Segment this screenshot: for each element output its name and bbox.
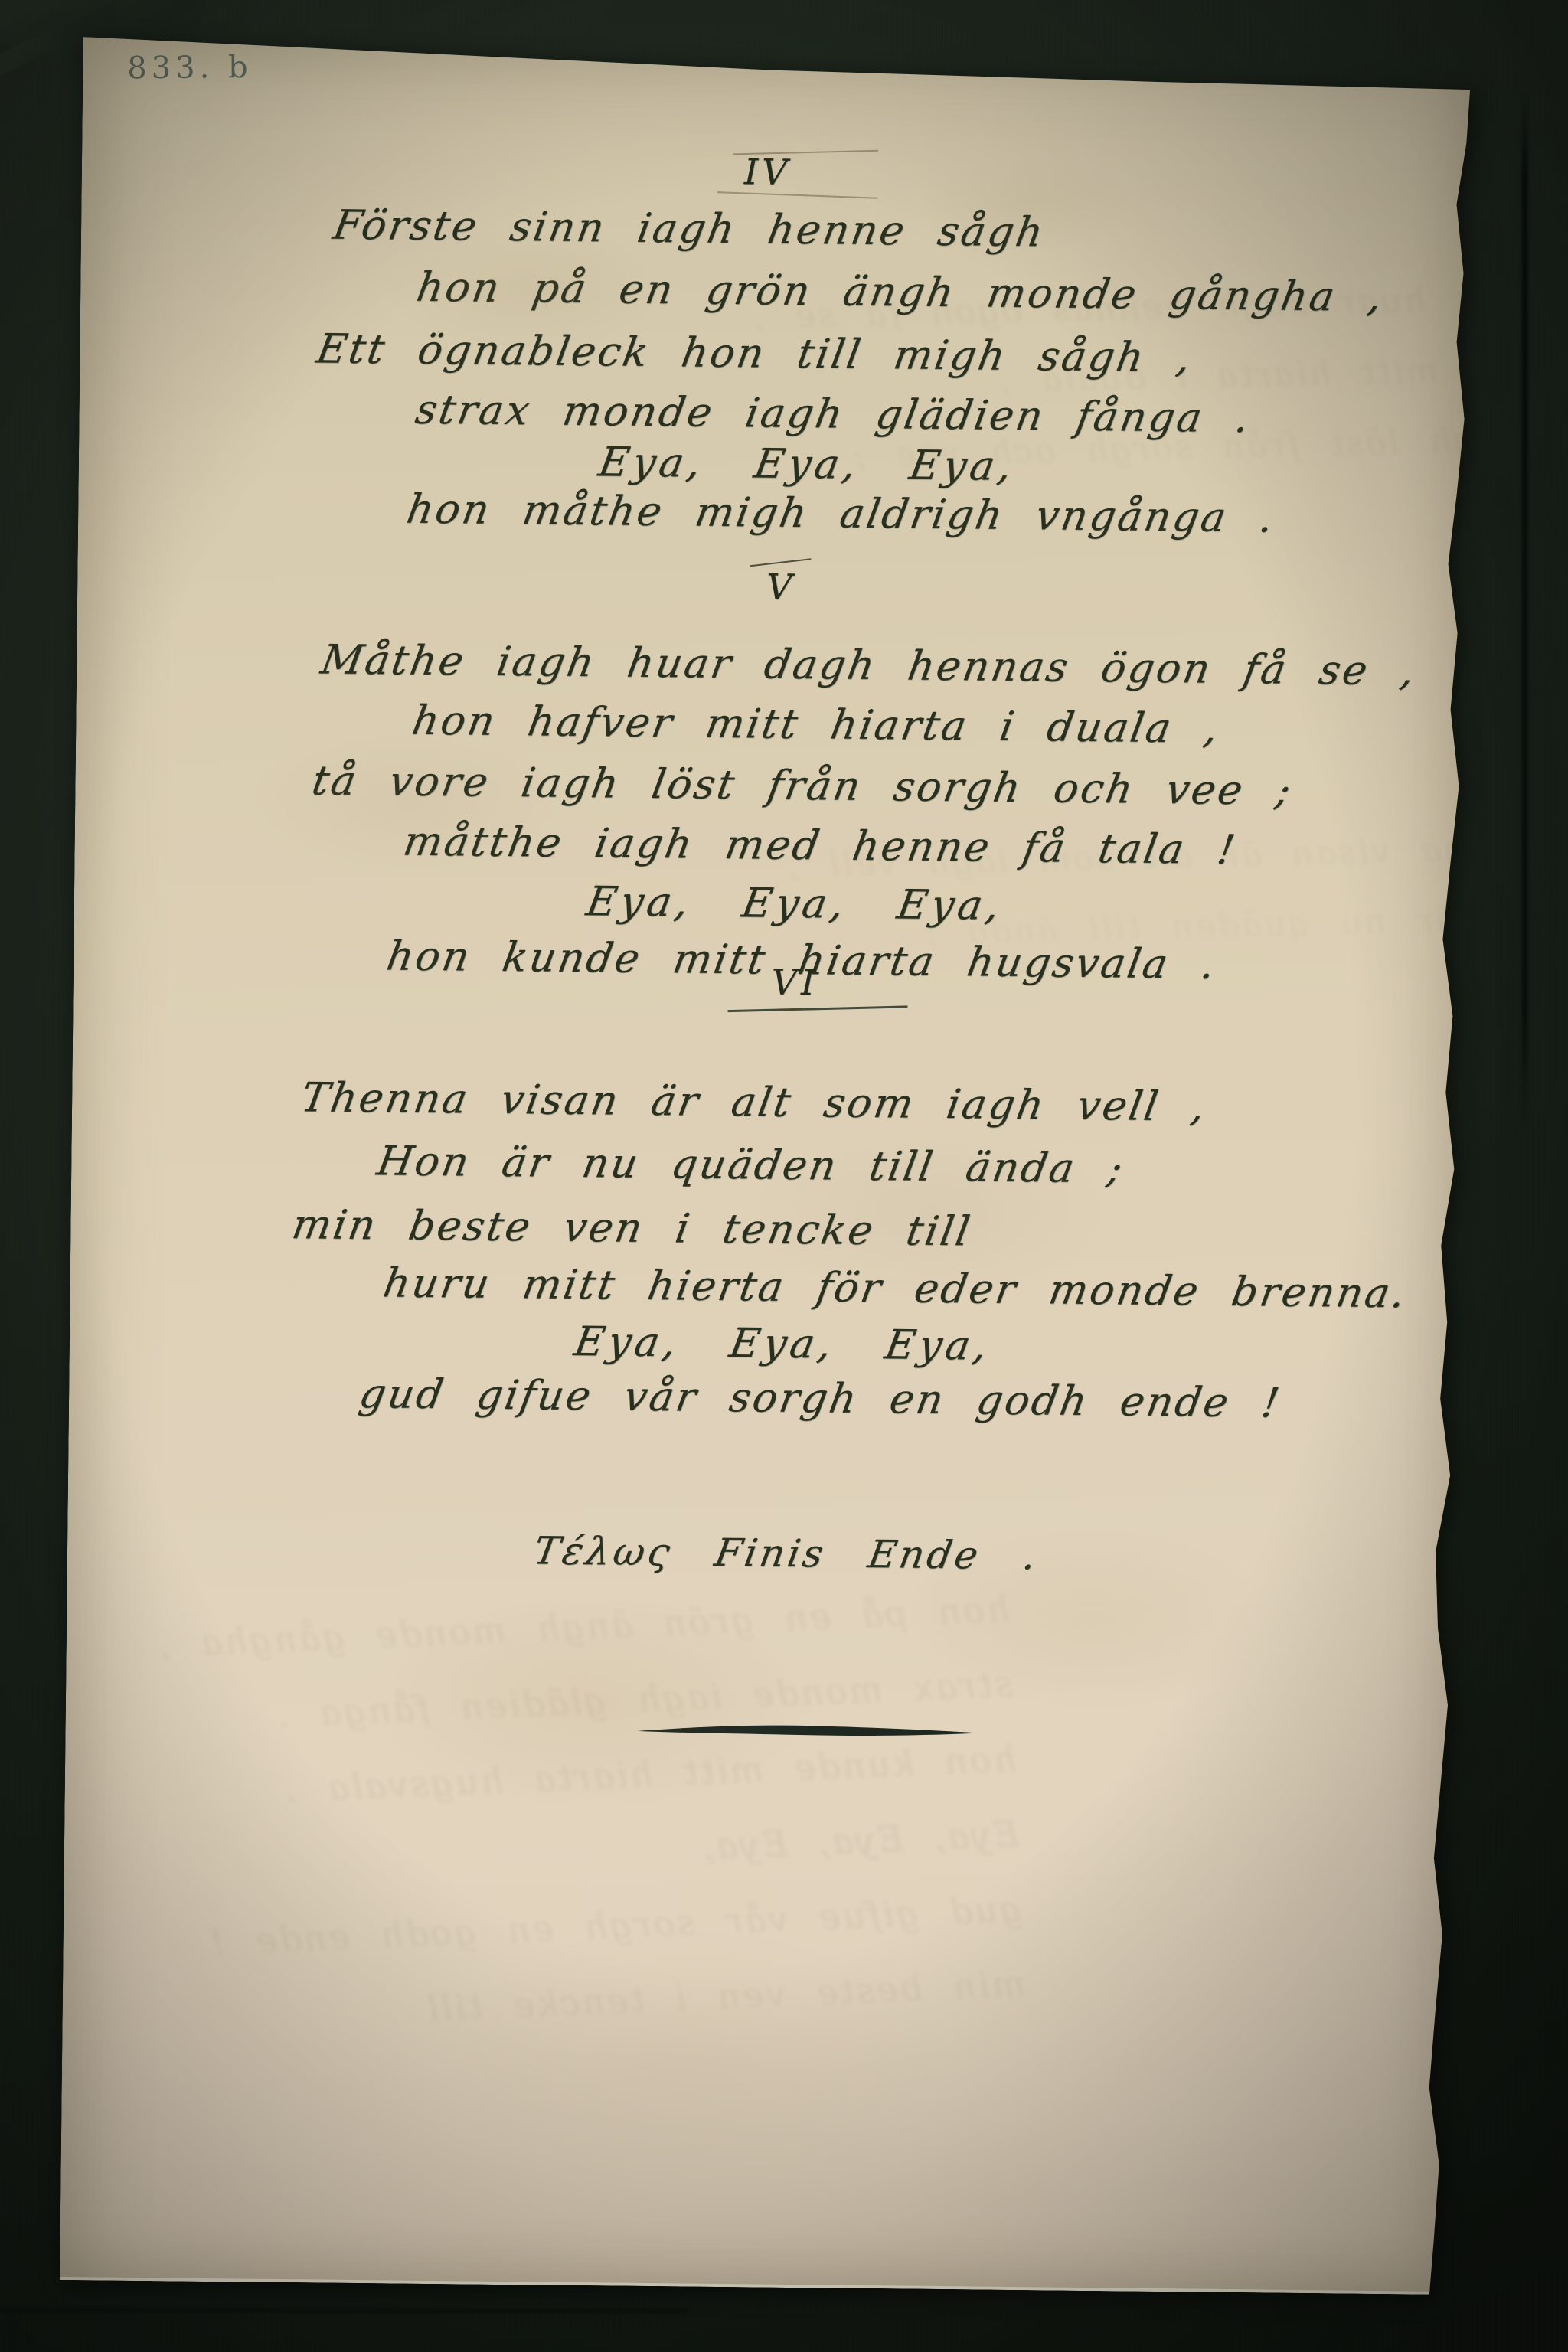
verse-line: Förste sinn iagh henne sågh <box>330 202 1049 256</box>
show-through-text: hon på en grön ängh monde gångha , strax… <box>155 1571 1027 2056</box>
archival-number: 833. b <box>127 50 253 86</box>
stanza-numeral-iv: IV <box>744 151 792 193</box>
verse-line-refrain: Eya, Eya, Eya, <box>571 1318 995 1370</box>
verse-line-refrain: Eya, Eya, Eya, <box>596 439 1019 490</box>
pencil-underline-iv <box>717 191 878 199</box>
verse-line: huru mitt hierta för eder monde brenna. <box>380 1259 1410 1317</box>
verse-line: hon hafver mitt hiarta i duala , <box>409 697 1223 753</box>
flourish-over-v <box>750 558 812 567</box>
stanza-numeral-v: V <box>766 567 796 608</box>
verse-line: hon måthe migh aldrigh vngånga . <box>403 486 1279 542</box>
verse-line: Hon är nu quäden till ända ; <box>374 1138 1128 1192</box>
verse-line: måtthe iagh med henne få tala ! <box>400 818 1240 874</box>
verse-line: min beste ven i tencke till <box>289 1201 975 1255</box>
verse-line-refrain: Eya, Eya, Eya, <box>583 878 1007 929</box>
verse-line: strax monde iagh glädien fånga . <box>412 387 1255 442</box>
verse-line: Ett ögnableck hon till migh sågh , <box>313 325 1197 381</box>
ink-underline-vi <box>727 1005 907 1012</box>
verse-line: Måthe iagh huar dagh hennas ögon få se , <box>318 637 1420 695</box>
verse-line: Thenna visan är alt som iagh vell , <box>298 1074 1211 1130</box>
verse-line: gud gifue vår sorgh en godh ende ! <box>356 1370 1285 1426</box>
background-crease-vertical <box>1522 92 1527 1133</box>
stanza-numeral-vi: VI <box>772 962 819 1004</box>
background-crease-horizontal <box>0 2309 689 2312</box>
verse-line: tå vore iagh löst från sorgh och vee ; <box>309 757 1296 814</box>
manuscript-page: 833. b Måthe iagh huar dagh hennas ögon … <box>60 37 1471 2295</box>
verse-line: hon på en grön ängh monde gångha , <box>413 264 1387 321</box>
colophon-finis: Τέλως Finis Ende . <box>531 1528 1043 1578</box>
